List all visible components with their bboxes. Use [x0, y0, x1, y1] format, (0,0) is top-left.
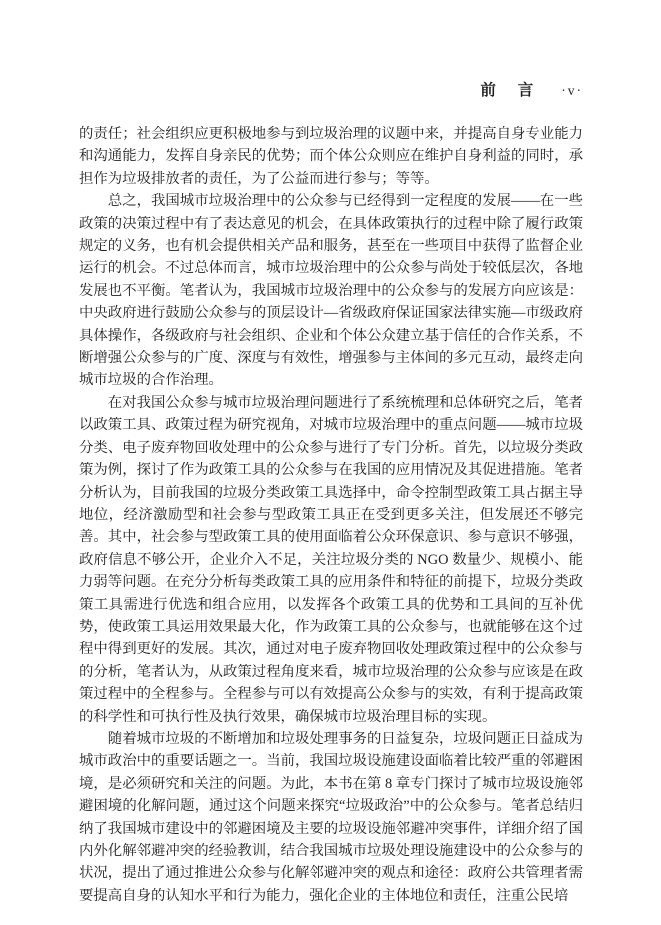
preface-title-char-left: 前	[480, 82, 496, 99]
paragraph: 总之，我国城市垃圾治理中的公众参与已经得到一定程度的发展——在一些政策的决策过程…	[79, 190, 583, 392]
preface-title: 前 言	[480, 78, 533, 100]
preface-body: 的责任；社会组织应更积极地参与到垃圾治理的议题中来，并提高自身专业能力和沟通能力…	[79, 123, 583, 907]
paragraph: 在对我国公众参与城市垃圾治理问题进行了系统梳理和总体研究之后，笔者以政策工具、政…	[79, 392, 583, 728]
paragraph-continuation: 的责任；社会组织应更积极地参与到垃圾治理的议题中来，并提高自身专业能力和沟通能力…	[79, 123, 583, 190]
page-number: ·v·	[561, 83, 583, 99]
page-header: 前 言 ·v·	[480, 78, 583, 100]
document-page: 前 言 ·v· 的责任；社会组织应更积极地参与到垃圾治理的议题中来，并提高自身专…	[0, 0, 661, 925]
paragraph: 随着城市垃圾的不断增加和垃圾处理事务的日益复杂，垃圾问题正日益成为城市政治中的重…	[79, 728, 583, 907]
preface-title-char-right: 言	[518, 82, 534, 99]
